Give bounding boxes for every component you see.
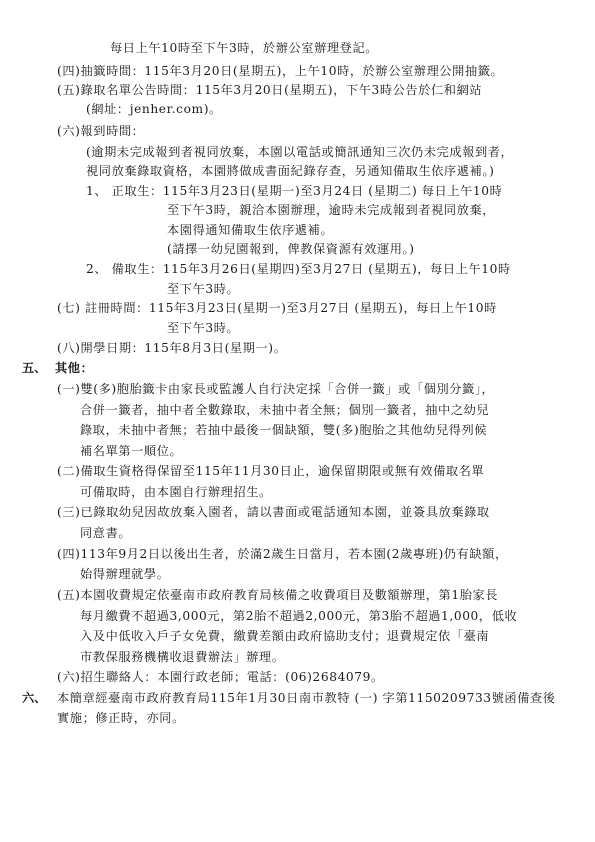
text-line: (六)招生聯絡人：本園行政老師；電話：(06)2684079。	[57, 669, 384, 685]
text-line: (二)備取生資格得保留至115年11月30日止，逾保留期限或無有效備取名單	[57, 463, 484, 479]
text-line: (八)開學日期：115年8月3日(星期一)。	[57, 340, 286, 356]
document-page: 每日上午10時至下午3時，於辦公室辦理登記。(四)抽籤時間：115年3月20日(…	[0, 0, 595, 842]
text-line: (一)雙(多)胞胎籤卡由家長或監護人自行決定採「合併一籤」或「個別分籤」，	[57, 381, 494, 397]
text-line: 可備取時，由本園自行辦理招生。	[80, 484, 272, 500]
text-line: 實施；修正時，亦同。	[57, 710, 185, 726]
text-line: 本園得通知備取生依序遞補。	[167, 222, 333, 238]
text-line: 補名單第一順位。	[80, 443, 182, 459]
text-line: 至下午3時。	[167, 320, 239, 336]
text-line: 至下午3時。	[167, 281, 239, 297]
text-line: (五)錄取名單公告時間：115年3月20日(星期五)，下午3時公告於仁和網站	[57, 82, 482, 98]
text-line: 2、 備取生：115年3月26日(星期四)至3月27日 (星期五)，每日上午10…	[86, 261, 511, 277]
text-line: (三)已錄取幼兒因故放棄入園者，請以書面或電話通知本園，並簽具放棄錄取	[57, 504, 490, 520]
text-line: (七) 註冊時間：115年3月23日(星期一)至3月27日 (星期五)，每日上午…	[57, 300, 497, 316]
text-line: 每日上午10時至下午3時，於辦公室辦理登記。	[110, 40, 378, 56]
text-line: 視同放棄錄取資格，本園將做成書面紀錄存查，另通知備取生依序遞補。)	[86, 163, 494, 179]
text-line: (逾期未完成報到者視同放棄，本園以電話或簡訊通知三次仍未完成報到者，	[86, 144, 513, 160]
text-line: 本簡章經臺南市政府教育局115年1月30日南市教特 (一) 字第11502097…	[57, 690, 556, 706]
text-line: 始得辦理就學。	[80, 566, 170, 582]
text-line: (請擇一幼兒園報到，俾教保資源有效運用。)	[167, 241, 415, 257]
section-6-number: 六、	[22, 690, 46, 706]
text-line: (四)抽籤時間：115年3月20日(星期五)，上午10時，於辦公室辦理公開抽籤。	[57, 63, 503, 79]
text-line: 合併一籤者，抽中者全數錄取，未抽中者全無；個別一籤者，抽中之幼兒	[80, 402, 489, 418]
section-5-number: 五、	[22, 360, 46, 376]
text-line: 市教保服務機構收退費辦法」辦理。	[80, 649, 285, 665]
text-line: (四)113年9月2日以後出生者，於滿2歲生日當月，若本園(2歲專班)仍有缺額，	[57, 546, 508, 562]
text-line: 至下午3時，親洽本園辦理，逾時未完成報到者視同放棄，	[167, 202, 495, 218]
section-5-title: 其他：	[55, 360, 93, 376]
text-line: 入及中低收入戶子女免費，繳費差額由政府協助支付；退費規定依「臺南	[80, 628, 489, 644]
text-line: 同意書。	[80, 525, 131, 541]
text-line: 1、 正取生：115年3月23日(星期一)至3月24日 (星期二) 每日上午10…	[86, 183, 502, 199]
text-line: (五)本園收費規定依臺南市政府教育局核備之收費項目及數額辦理，第1胎家長	[57, 587, 498, 603]
text-line: (六)報到時間：	[57, 123, 144, 139]
text-line: 每月繳費不超過3,000元，第2胎不超過2,000元，第3胎不超過1,000，低…	[80, 608, 517, 624]
text-line: (網址：jenher.com)。	[86, 101, 222, 117]
text-line: 錄取，未抽中者無；若抽中最後一個缺額，雙(多)胞胎之其他幼兒得列候	[80, 422, 487, 438]
